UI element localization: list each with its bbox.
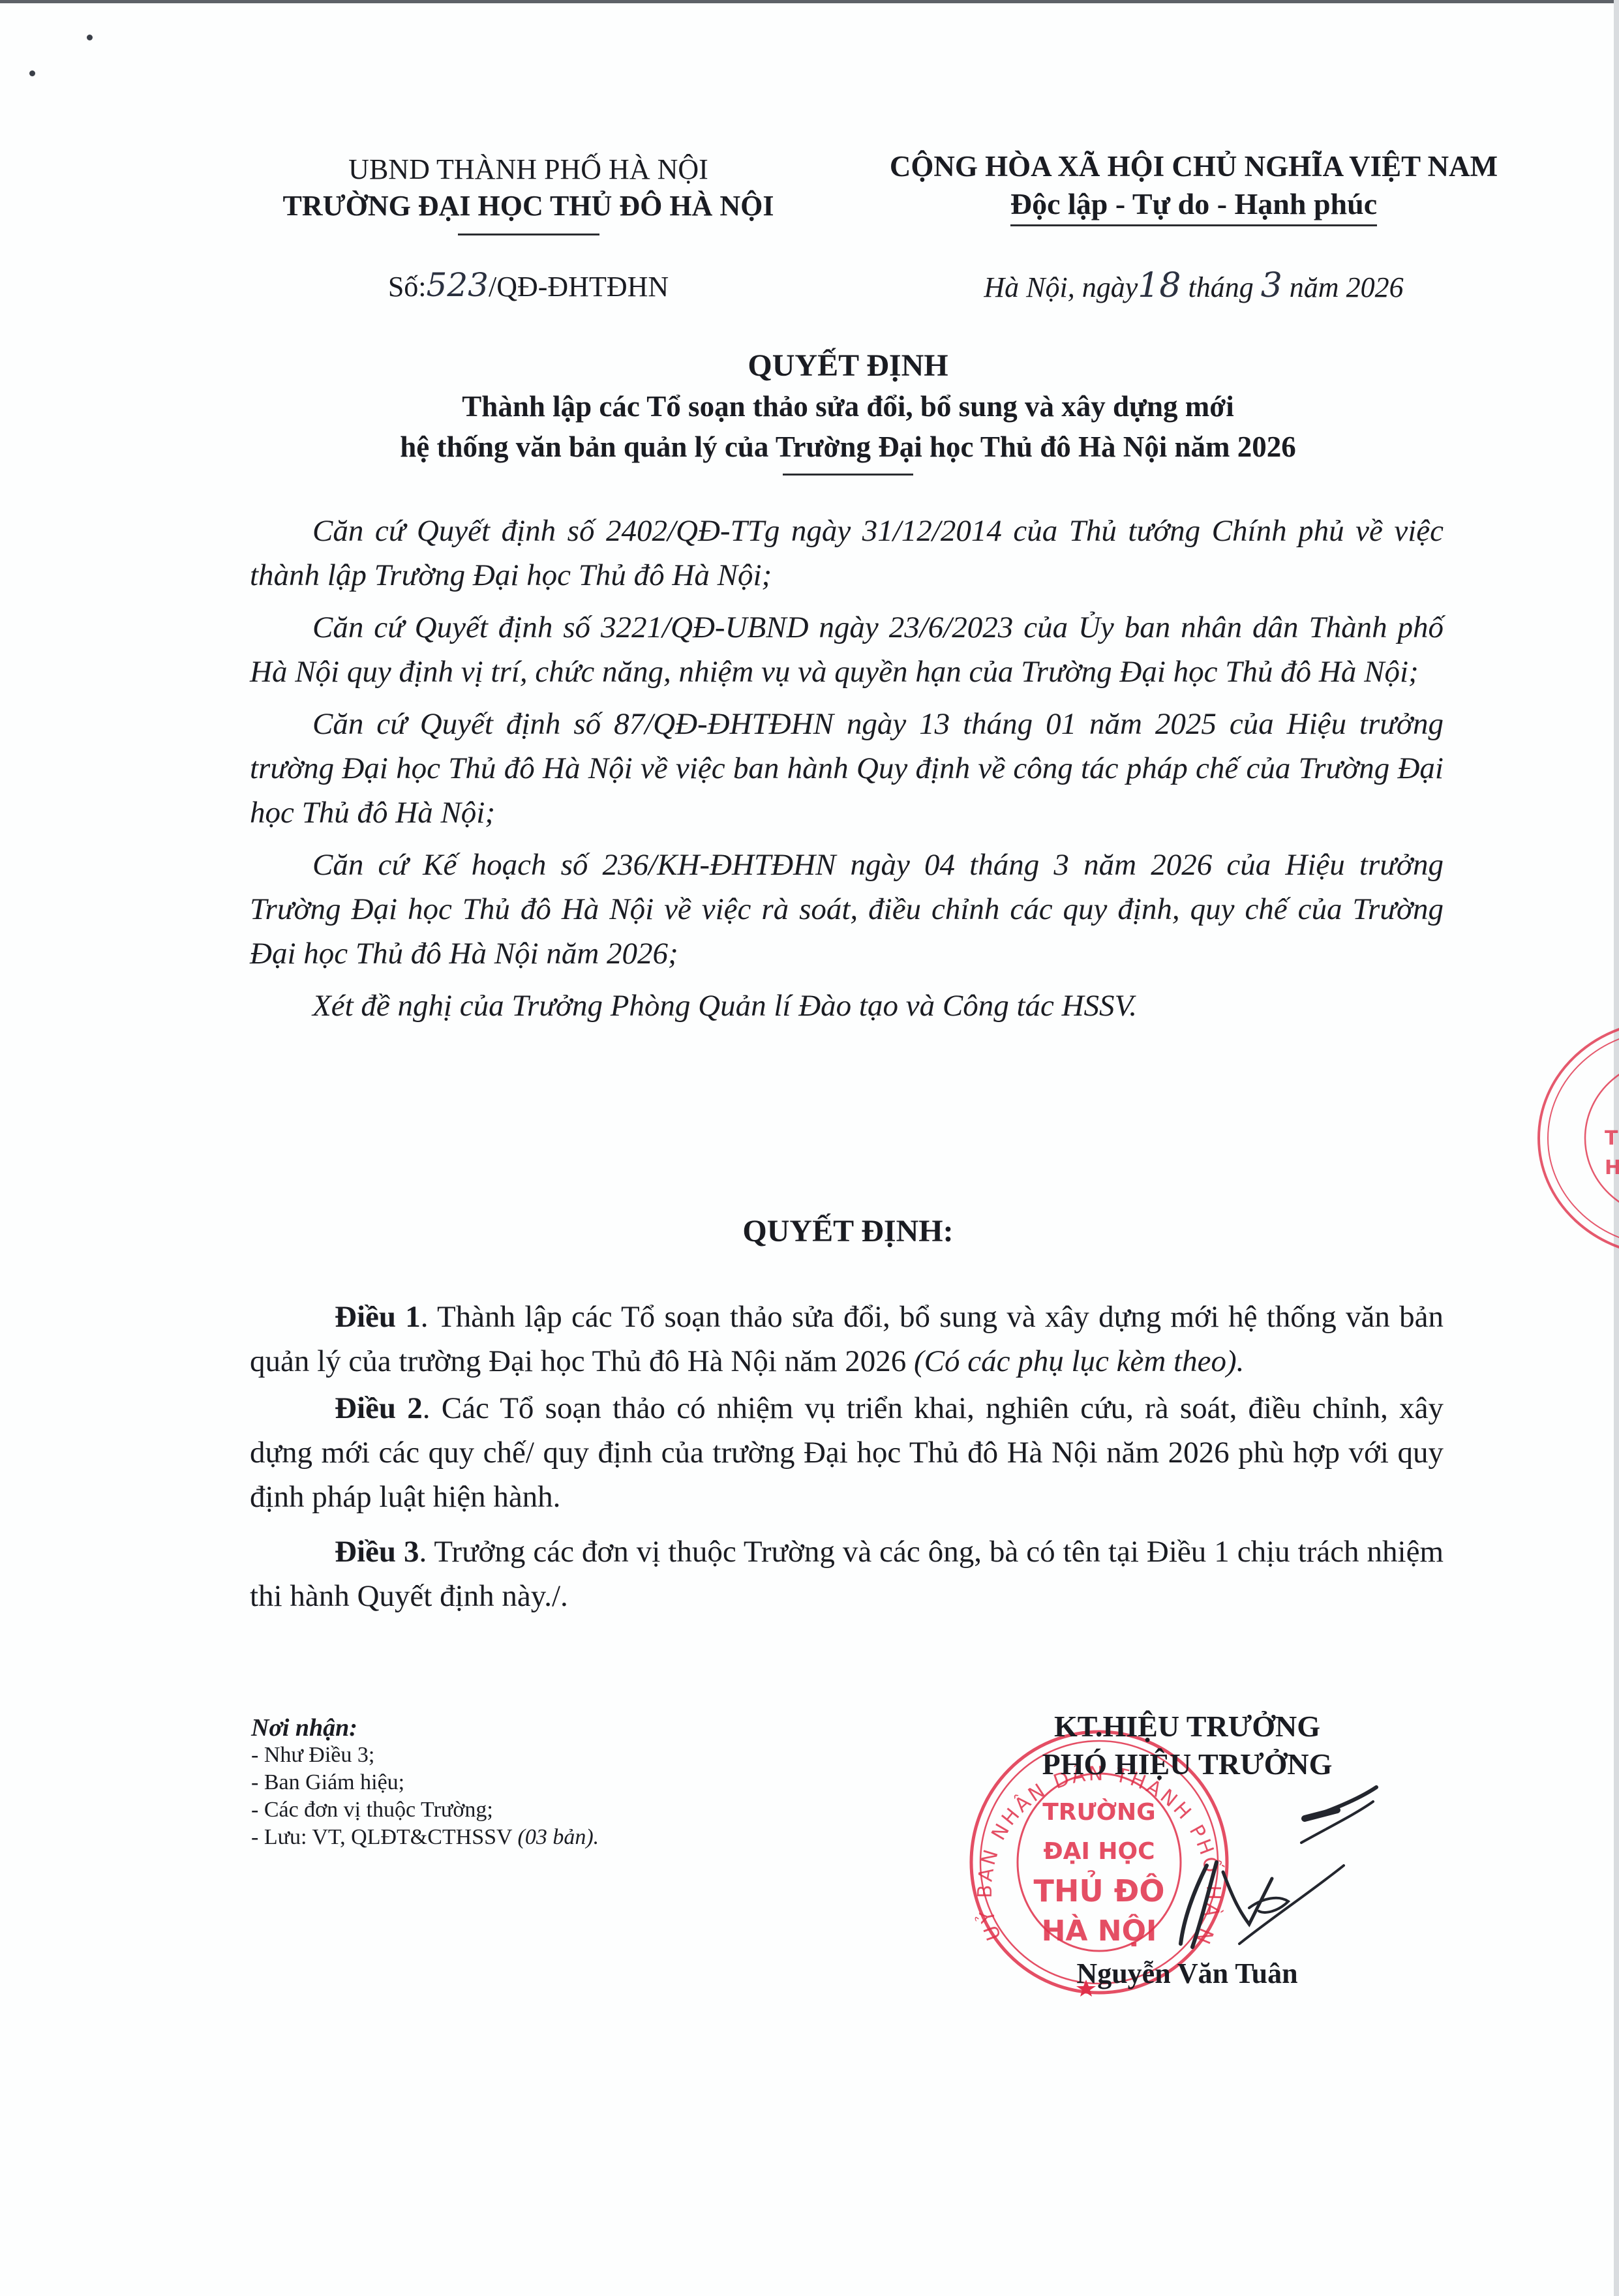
signer-name: Nguyễn Văn Tuân — [926, 1957, 1448, 1990]
legal-basis-3: Căn cứ Quyết định số 87/QĐ-ĐHTĐHN ngày 1… — [250, 702, 1444, 835]
national-title-block: CỘNG HÒA XÃ HỘI CHỦ NGHĨA VIỆT NAM Độc l… — [848, 147, 1539, 223]
recipient-item: - Các đơn vị thuộc Trường; — [251, 1796, 773, 1824]
document-number-prefix: Số: — [388, 271, 427, 303]
preamble: Căn cứ Quyết định số 2402/QĐ-TTg ngày 31… — [250, 509, 1444, 1036]
article-note: (Có các phụ lục kèm theo). — [914, 1344, 1244, 1378]
document-title-block: QUYẾT ĐỊNH Thành lập các Tổ soạn thảo sử… — [228, 346, 1468, 476]
legal-basis-4: Căn cứ Kế hoạch số 236/KH-ĐHTĐHN ngày 04… — [250, 843, 1444, 976]
archive-copies: (03 bản). — [518, 1825, 599, 1849]
title-divider — [783, 474, 913, 476]
scan-speck — [29, 70, 35, 76]
document-number-suffix: /QĐ-ĐHTĐHN — [489, 271, 669, 303]
date-place: Hà Nội, ngày — [984, 271, 1138, 303]
institution-name: TRƯỜNG ĐẠI HỌC THỦ ĐÔ HÀ NỘI — [235, 188, 822, 224]
header-divider — [458, 234, 599, 235]
recipients-heading: Nơi nhận: — [251, 1714, 773, 1742]
document-type: QUYẾT ĐỊNH — [228, 346, 1468, 386]
article-label: Điều 1 — [335, 1300, 421, 1334]
article-text: . Thành lập các Tổ soạn thảo sửa đổi, bổ… — [250, 1300, 1444, 1378]
date-month-label: tháng — [1188, 271, 1253, 303]
article-label: Điều 2 — [335, 1391, 423, 1425]
legal-basis-1: Căn cứ Quyết định số 2402/QĐ-TTg ngày 31… — [250, 509, 1444, 597]
document-date: Hà Nội, ngày18 tháng 3 năm 2026 — [848, 266, 1539, 305]
recipient-archive: - Lưu: VT, QLĐT&CTHSSV (03 bản). — [251, 1824, 773, 1851]
scan-edge-top — [0, 0, 1619, 3]
document-number: Số:523/QĐ-ĐHTĐHN — [235, 266, 822, 304]
overlap-seal-fragment: T H — [1536, 1014, 1619, 1262]
scan-speck — [87, 35, 93, 40]
date-day-handwritten: 18 — [1138, 266, 1181, 305]
article-text: . Trưởng các đơn vị thuộc Trường và các … — [250, 1535, 1444, 1613]
date-month-handwritten: 3 — [1261, 266, 1282, 305]
recipient-item: - Như Điều 3; — [251, 1742, 773, 1769]
article-text: . Các Tổ soạn thảo có nhiệm vụ triển kha… — [250, 1391, 1444, 1514]
proposal-basis: Xét đề nghị của Trưởng Phòng Quản lí Đào… — [250, 984, 1444, 1028]
articles: Điều 1. Thành lập các Tổ soạn thảo sửa đ… — [250, 1295, 1444, 1618]
document-subject-line-2: hệ thống văn bản quản lý của Trường Đại … — [228, 427, 1468, 467]
article-1: Điều 1. Thành lập các Tổ soạn thảo sửa đ… — [250, 1295, 1444, 1383]
national-motto: Độc lập - Tự do - Hạnh phúc — [1010, 187, 1377, 226]
article-2: Điều 2. Các Tổ soạn thảo có nhiệm vụ tri… — [250, 1386, 1444, 1519]
national-title: CỘNG HÒA XÃ HỘI CHỦ NGHĨA VIỆT NAM — [848, 147, 1539, 185]
archive-text: - Lưu: VT, QLĐT&CTHSSV — [251, 1825, 518, 1849]
scan-edge-right — [1614, 0, 1619, 2296]
legal-basis-2: Căn cứ Quyết định số 3221/QĐ-UBND ngày 2… — [250, 605, 1444, 694]
recipient-item: - Ban Giám hiệu; — [251, 1769, 773, 1796]
signature-on-behalf: KT.HIỆU TRƯỞNG — [926, 1708, 1448, 1745]
handwritten-signature — [1109, 1748, 1383, 1957]
date-year: năm 2026 — [1290, 271, 1404, 303]
document-subject-line-1: Thành lập các Tổ soạn thảo sửa đổi, bổ s… — [228, 386, 1468, 427]
parent-authority: UBND THÀNH PHỐ HÀ NỘI — [235, 151, 822, 188]
article-label: Điều 3 — [335, 1535, 419, 1569]
document-number-handwritten: 523 — [427, 266, 489, 304]
issuing-authority-block: UBND THÀNH PHỐ HÀ NỘI TRƯỜNG ĐẠI HỌC THỦ… — [235, 151, 822, 235]
recipients-block: Nơi nhận: - Như Điều 3; - Ban Giám hiệu;… — [251, 1714, 773, 1851]
article-3: Điều 3. Trưởng các đơn vị thuộc Trường v… — [250, 1530, 1444, 1618]
decision-heading: QUYẾT ĐỊNH: — [228, 1213, 1468, 1249]
